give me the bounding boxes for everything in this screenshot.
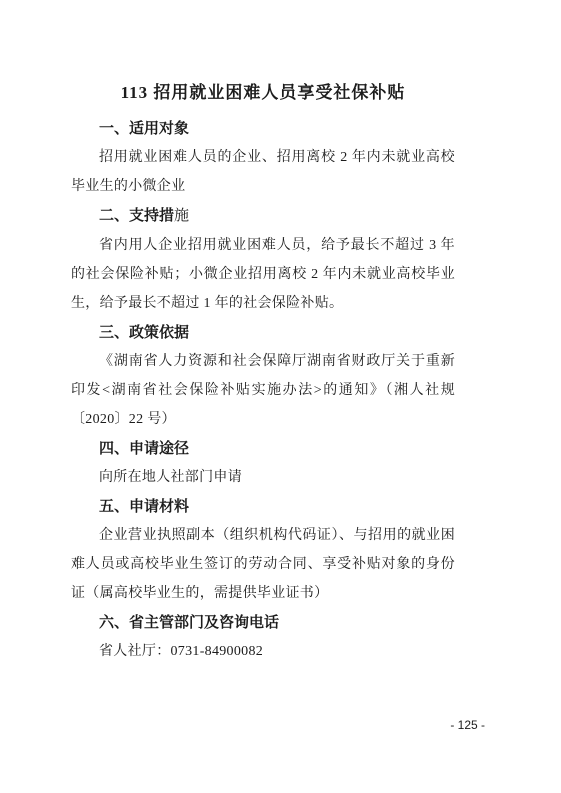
section-application-materials: 五、申请材料 企业营业执照副本（组织机构代码证）、与招用的就业困难人员或高校毕业…: [71, 492, 455, 608]
section-heading-application-materials: 五、申请材料: [71, 492, 455, 521]
section-body-policy-basis: 《湖南省人力资源和社会保障厅湖南省财政厅关于重新印发<湖南省社会保险补贴实施办法…: [71, 347, 455, 434]
section-heading-support-measures: 二、支持措施: [71, 201, 455, 231]
section-heading-support-measures-tail: 施: [174, 208, 189, 224]
section-body-applicable-targets: 招用就业困难人员的企业、招用离校 2 年内未就业高校毕业生的小微企业: [71, 143, 455, 201]
section-application-channel: 四、申请途径 向所在地人社部门申请: [71, 434, 455, 492]
section-heading-contact-info: 六、省主管部门及咨询电话: [71, 608, 455, 637]
section-body-application-channel: 向所在地人社部门申请: [71, 463, 455, 492]
section-applicable-targets: 一、适用对象 招用就业困难人员的企业、招用离校 2 年内未就业高校毕业生的小微企…: [71, 114, 455, 201]
section-body-support-measures: 省内用人企业招用就业困难人员，给予最长不超过 3 年的社会保险补贴；小微企业招用…: [71, 231, 455, 318]
section-body-contact-info: 省人社厅：0731-84900082: [71, 637, 455, 666]
section-policy-basis: 三、政策依据 《湖南省人力资源和社会保障厅湖南省财政厅关于重新印发<湖南省社会保…: [71, 318, 455, 434]
section-contact-info: 六、省主管部门及咨询电话 省人社厅：0731-84900082: [71, 608, 455, 666]
section-heading-applicable-targets: 一、适用对象: [71, 114, 455, 143]
section-heading-support-measures-bold: 二、支持措: [99, 207, 174, 224]
section-heading-application-channel: 四、申请途径: [71, 434, 455, 463]
document-title: 113 招用就业困难人员享受社保补贴: [71, 78, 455, 108]
section-heading-policy-basis: 三、政策依据: [71, 318, 455, 347]
document-content: 113 招用就业困难人员享受社保补贴 一、适用对象 招用就业困难人员的企业、招用…: [71, 78, 455, 666]
document-page: 113 招用就业困难人员享受社保补贴 一、适用对象 招用就业困难人员的企业、招用…: [0, 0, 561, 793]
section-support-measures: 二、支持措施 省内用人企业招用就业困难人员，给予最长不超过 3 年的社会保险补贴…: [71, 201, 455, 318]
page-number: - 125 -: [450, 718, 485, 732]
section-body-application-materials: 企业营业执照副本（组织机构代码证）、与招用的就业困难人员或高校毕业生签订的劳动合…: [71, 521, 455, 608]
